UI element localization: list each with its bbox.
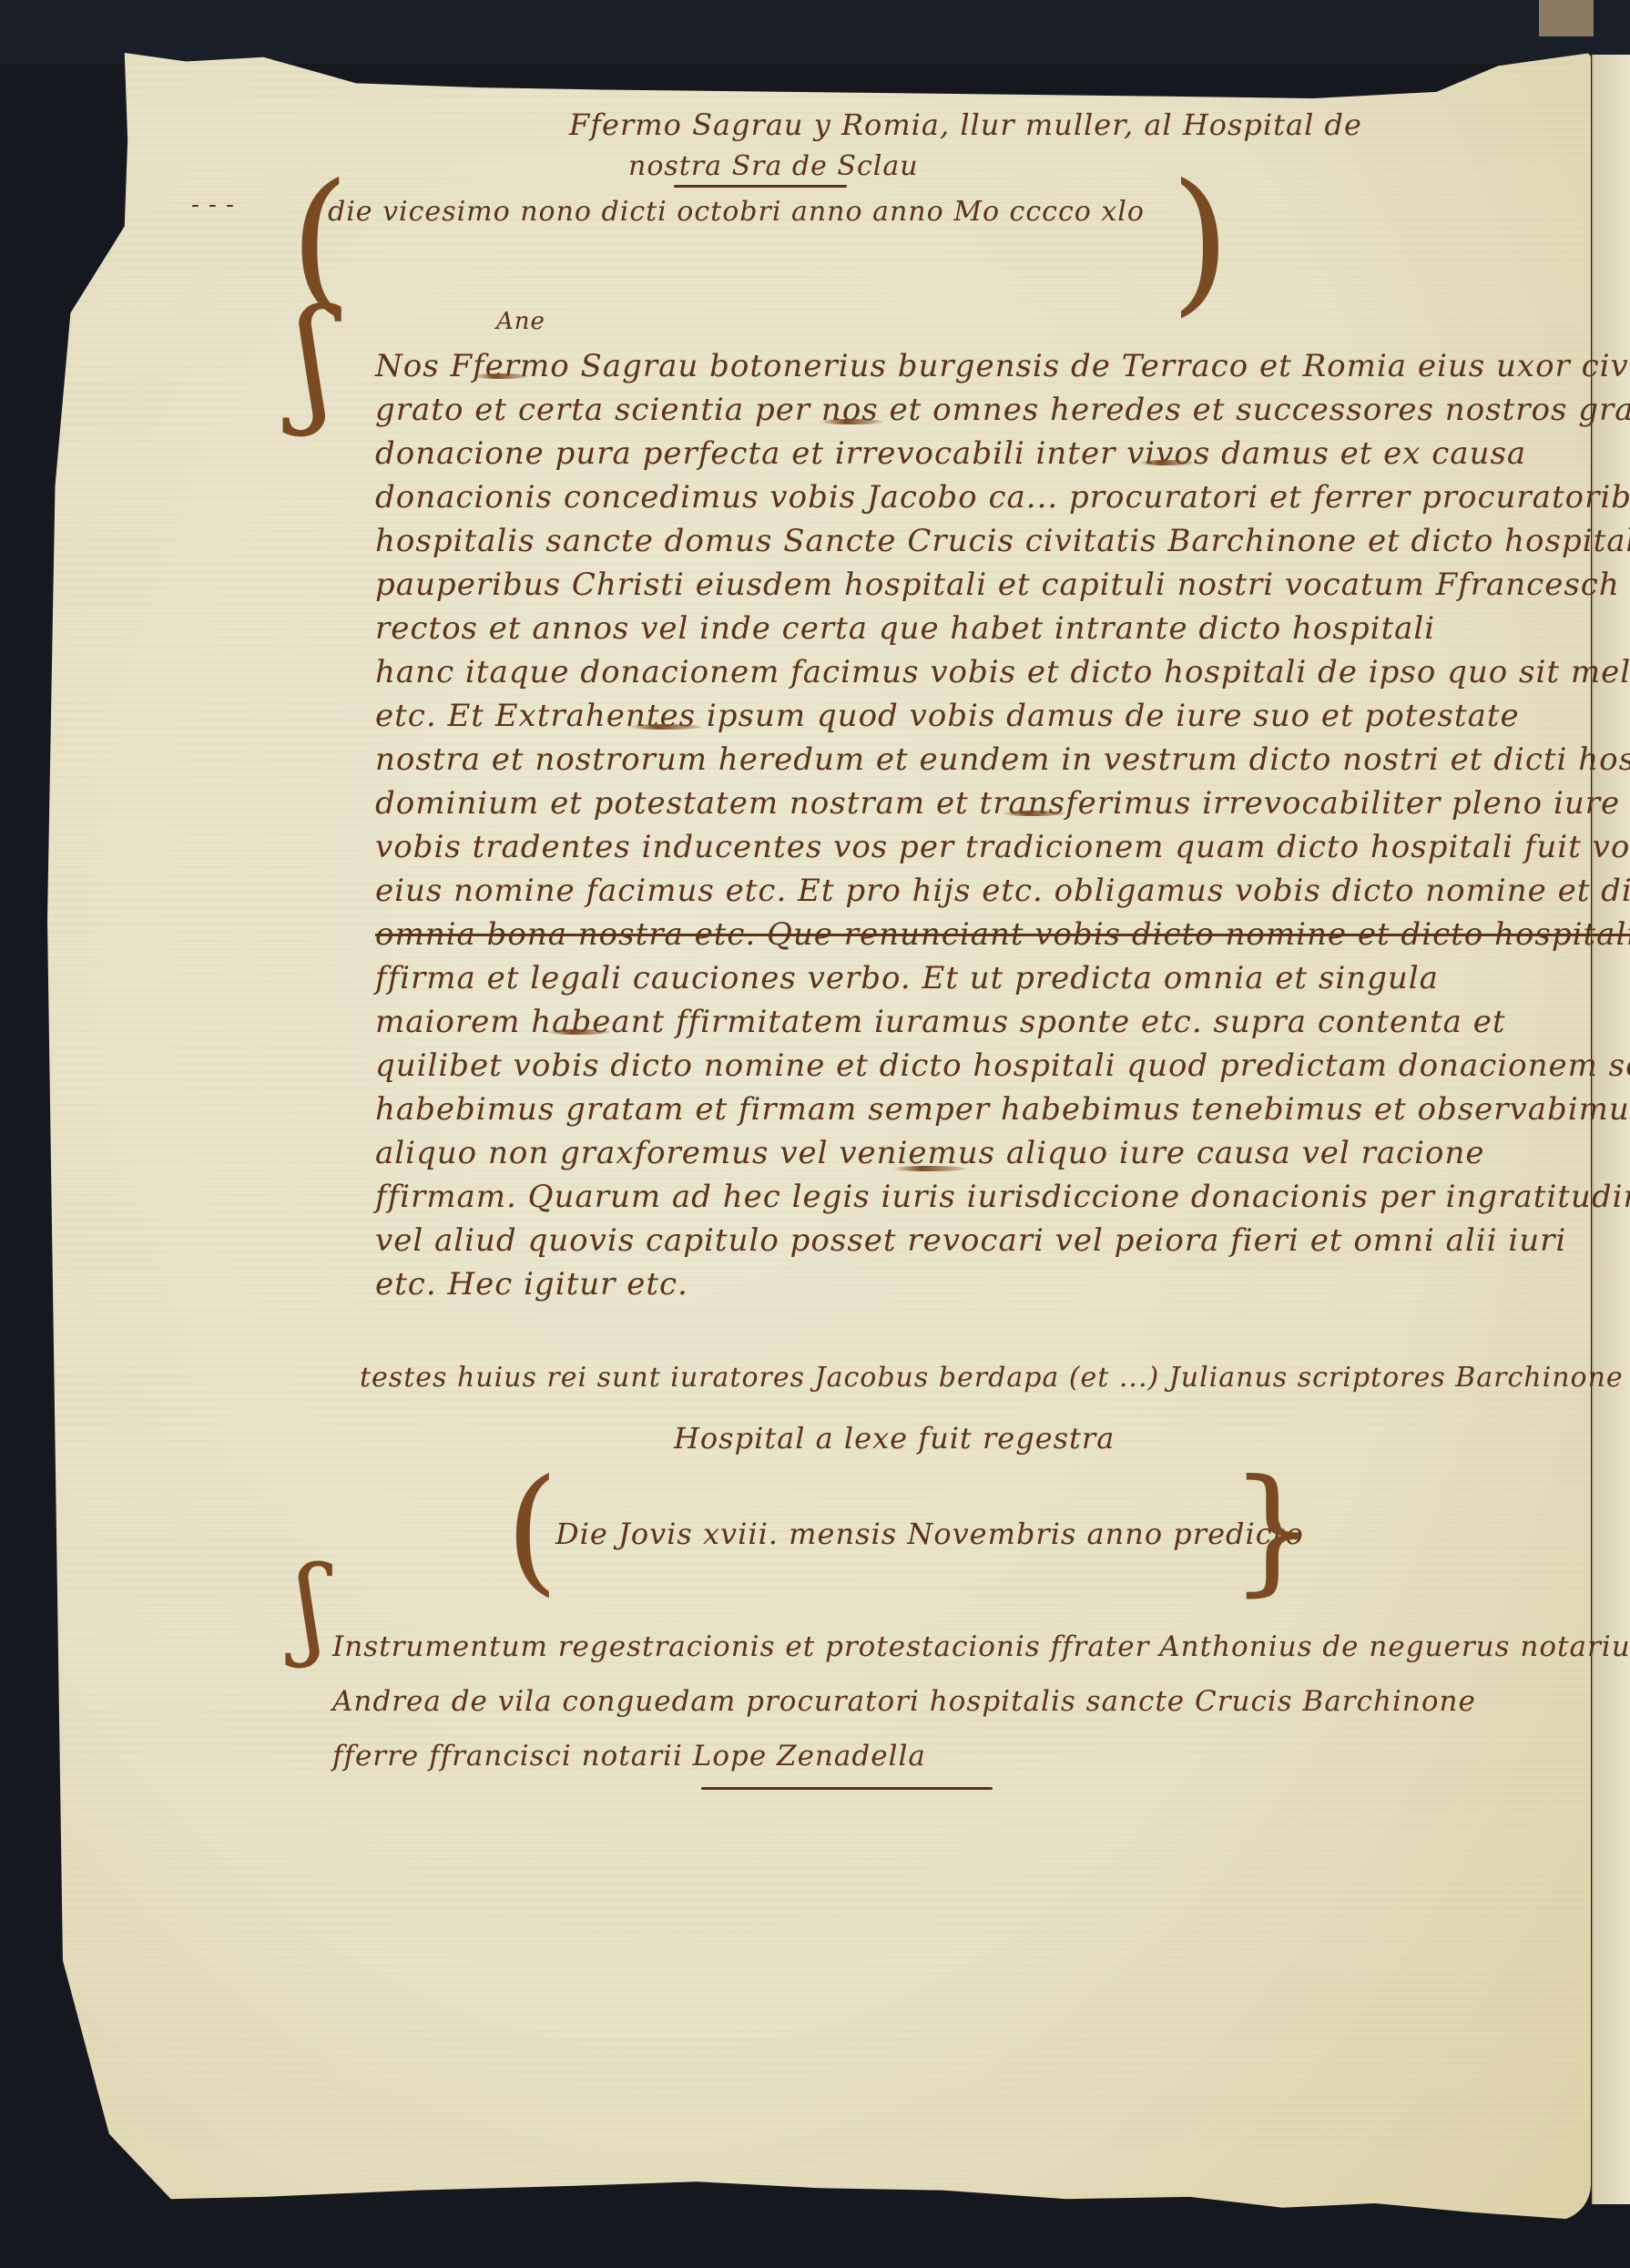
- binding-fragment: [1539, 0, 1594, 36]
- body-line-22: etc. Hec igitur etc.: [375, 1266, 688, 1303]
- left-brace-2: (: [505, 1462, 559, 1599]
- body-line-4: donacionis concedimus vobis Jacobo ca...…: [375, 479, 1630, 516]
- body-line-2: grato et certa scientia per nos et omnes…: [375, 392, 1630, 428]
- body-line-18: habebimus gratam et firmam semper habebi…: [375, 1091, 1630, 1128]
- body-line-21: vel aliud quovis capitulo posset revocar…: [375, 1222, 1566, 1259]
- body-line-6: pauperibus Christi eiusdem hospitali et …: [375, 567, 1630, 603]
- right-brace-1: ): [1170, 164, 1230, 319]
- body-line-8: hanc itaque donacionem facimus vobis et …: [375, 654, 1630, 690]
- body-line-9: etc. Et Extrahentes ipsum quod vobis dam…: [375, 698, 1520, 734]
- abbreviation-stroke: [820, 419, 883, 424]
- body-line-20: ffirmam. Quarum ad hec legis iuris iuris…: [375, 1179, 1630, 1215]
- right-brace-2: }: [1229, 1462, 1316, 1599]
- body-line-7: rectos et annos vel inde certa que habet…: [375, 610, 1435, 647]
- initial-flourish: ʃ: [296, 291, 333, 428]
- body-line-14-struck: omnia bona nostra etc. Que renunciant vo…: [375, 916, 1630, 953]
- heading-line-1: Ffermo Sagrau y Romia, llur muller, al H…: [569, 107, 1362, 142]
- body-line-10: nostra et nostrorum heredum et eundem in…: [375, 741, 1630, 778]
- body-line-13: eius nomine facimus etc. Et pro hijs etc…: [375, 873, 1630, 909]
- body-line-1: Nos Ffermo Sagrau botonerius burgensis d…: [375, 348, 1630, 384]
- abbreviation-stroke: [546, 1029, 610, 1035]
- abbreviation-stroke: [892, 1166, 965, 1171]
- date-line-2: Die Jovis xviii. mensis Novembris anno p…: [555, 1517, 1304, 1551]
- witness-line: testes huius rei sunt iuratores Jacobus …: [360, 1362, 1624, 1394]
- closing-line-2: Andrea de vila conguedam procuratori hos…: [332, 1685, 1476, 1718]
- body-line-15: ffirma et legali cauciones verbo. Et ut …: [375, 960, 1439, 996]
- heading-line-2: nostra Sra de Sclau: [628, 150, 919, 182]
- signature-underline: [701, 1787, 993, 1790]
- closing-line-1: Instrumentum regestracionis et protestac…: [332, 1630, 1630, 1663]
- scanner-backdrop: [0, 0, 1630, 64]
- date-line-1: die vicesimo nono dicti octobri anno ann…: [328, 196, 1145, 228]
- abbreviation-stroke: [474, 373, 528, 379]
- abbreviation-stroke: [628, 724, 701, 730]
- heading-underline: [674, 185, 847, 188]
- body-line-5: hospitalis sancte domus Sancte Crucis ci…: [375, 523, 1630, 559]
- closing-initial-flourish: ʃ: [296, 1553, 326, 1662]
- hospital-note: Hospital a lexe fuit regestra: [674, 1421, 1115, 1456]
- body-line-16: maiorem habeant ffirmitatem iuramus spon…: [375, 1004, 1506, 1040]
- body-line-17: quilibet vobis dicto nomine et dicto hos…: [375, 1047, 1630, 1084]
- body-line-12: vobis tradentes inducentes vos per tradi…: [375, 829, 1630, 865]
- body-line-3: donacione pura perfecta et irrevocabili …: [375, 435, 1526, 472]
- margin-dots: - - -: [191, 191, 235, 219]
- body-line-11: dominium et potestatem nostram et transf…: [375, 785, 1620, 822]
- abbreviation-stroke: [1002, 811, 1065, 816]
- abbreviation-stroke: [1138, 460, 1193, 465]
- marginal-letters: Ane: [496, 308, 545, 335]
- closing-line-3: fferre ffrancisci notarii Lope Zenadella: [332, 1740, 926, 1773]
